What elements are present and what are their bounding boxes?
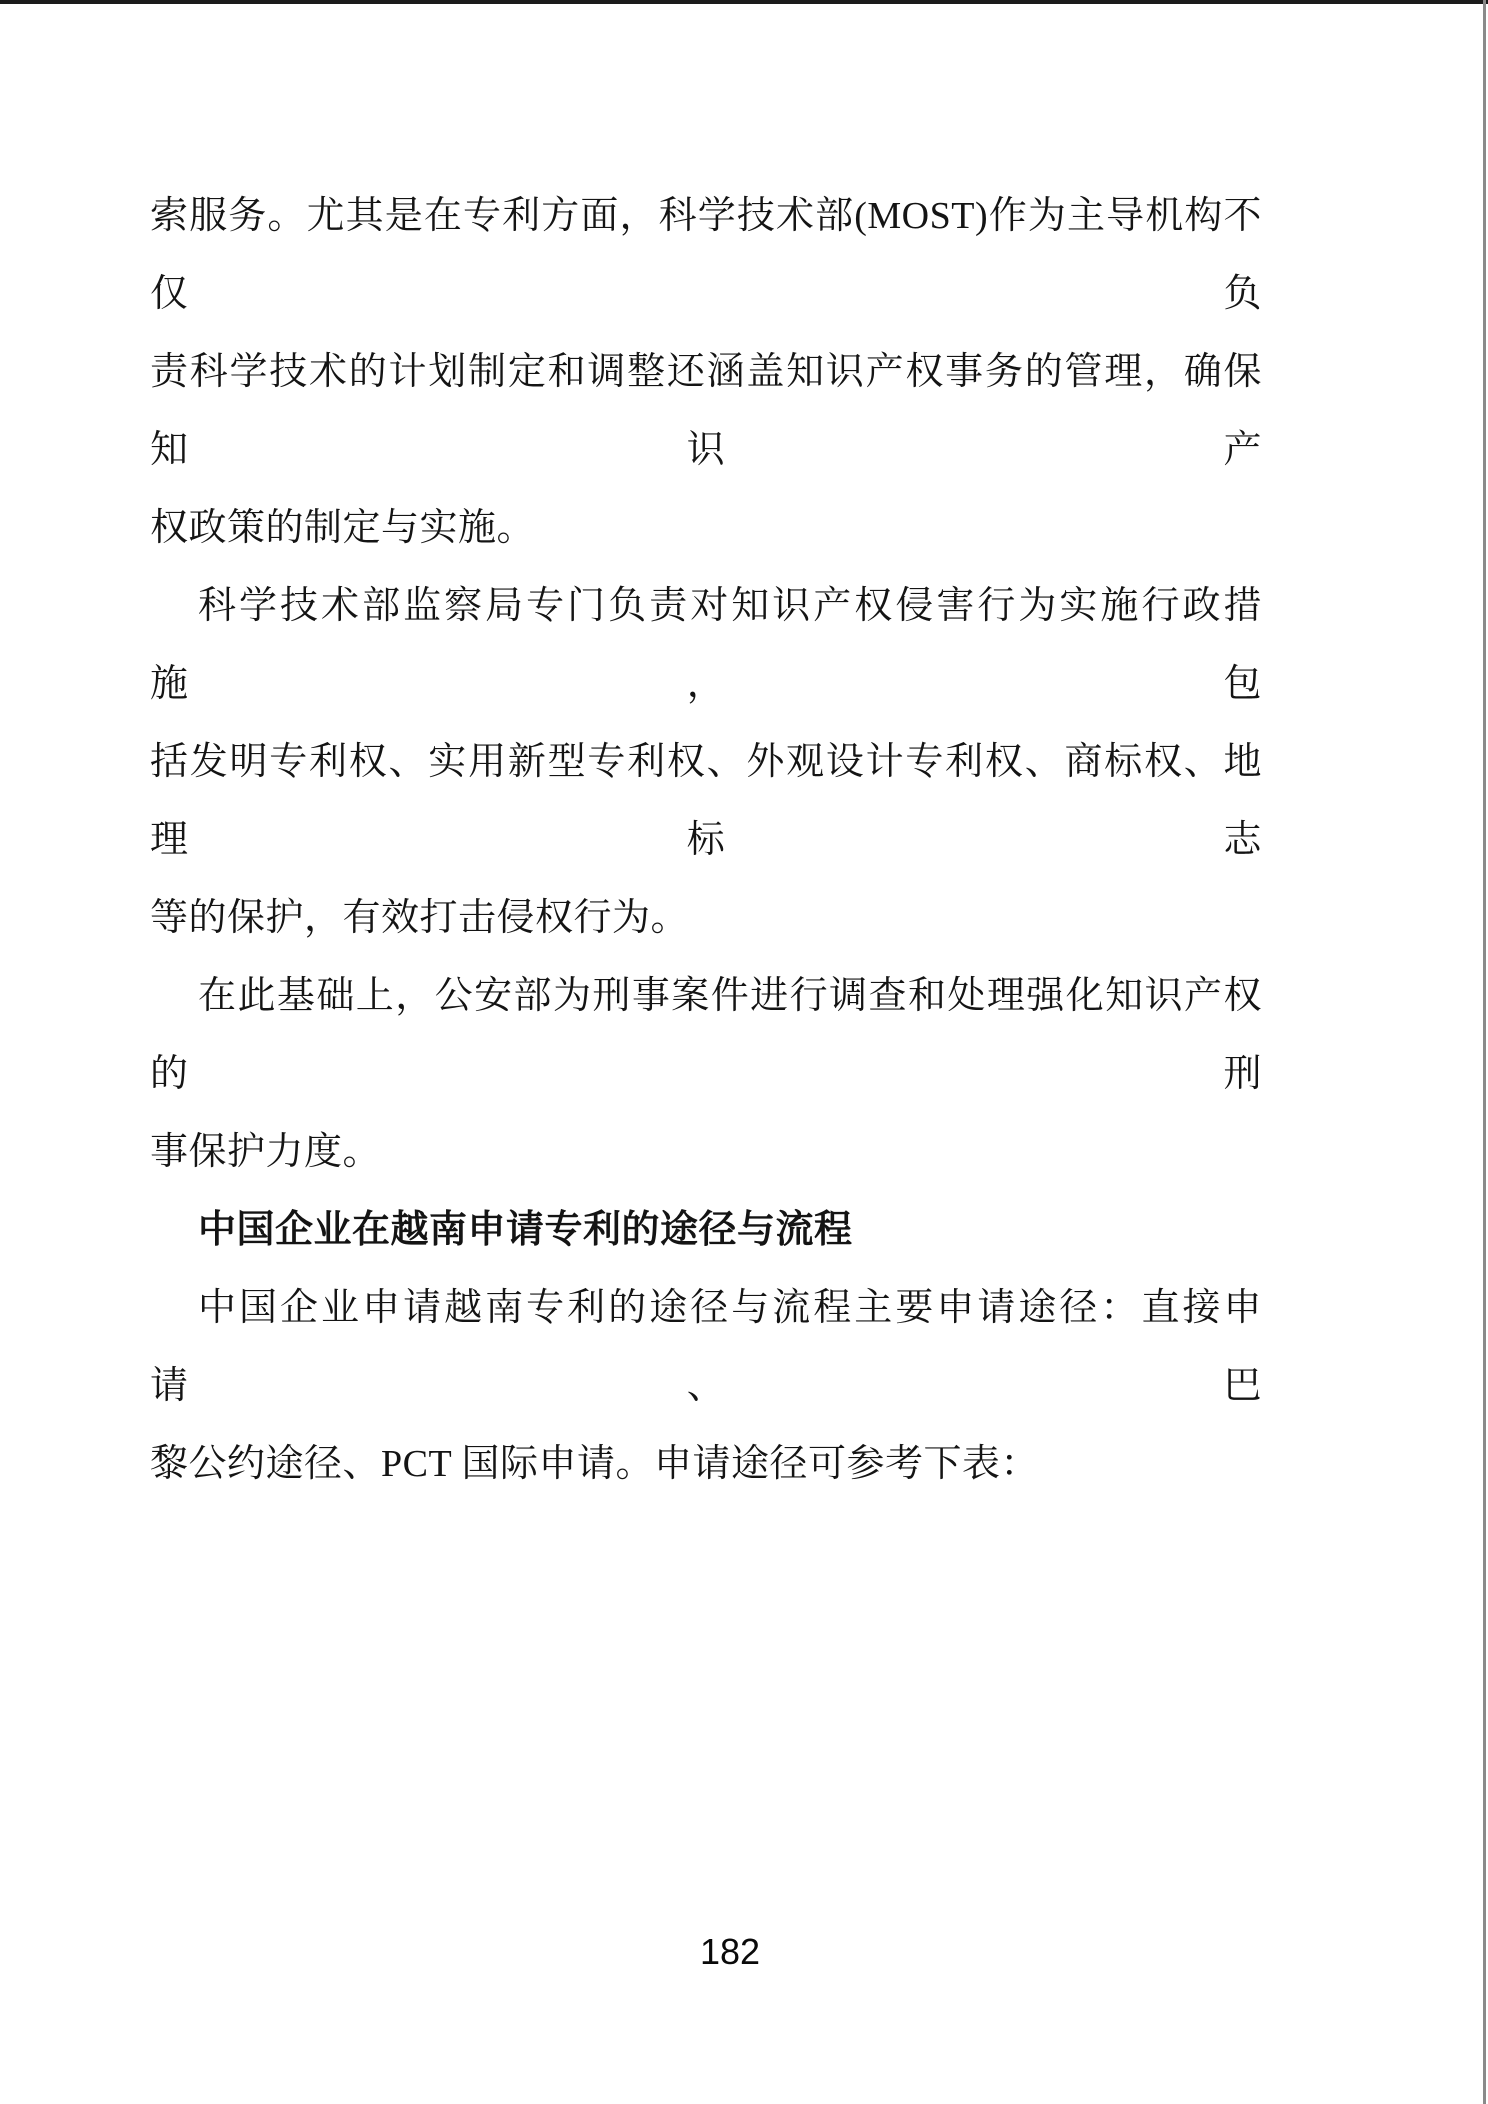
- text-line-11: 黎公约途径、PCT 国际申请。申请途径可参考下表：: [150, 1425, 1262, 1503]
- text-line-10: 中国企业申请越南专利的途径与流程主要申请途径：直接申请、巴: [150, 1269, 1262, 1425]
- text-line-7: 在此基础上，公安部为刑事案件进行调查和处理强化知识产权的刑: [150, 957, 1262, 1113]
- text-line-3: 权政策的制定与实施。: [150, 489, 1262, 567]
- page-right-border: [1483, 0, 1486, 2104]
- page-number: 182: [0, 1932, 1460, 1972]
- document-body: 索服务。尤其是在专利方面，科学技术部(MOST)作为主导机构不仅负 责科学技术的…: [150, 177, 1262, 1503]
- document-page: 索服务。尤其是在专利方面，科学技术部(MOST)作为主导机构不仅负 责科学技术的…: [0, 0, 1488, 2104]
- text-line-8: 事保护力度。: [150, 1113, 1262, 1191]
- text-line-6: 等的保护，有效打击侵权行为。: [150, 879, 1262, 957]
- text-line-5: 括发明专利权、实用新型专利权、外观设计专利权、商标权、地理标志: [150, 723, 1262, 879]
- text-line-1: 索服务。尤其是在专利方面，科学技术部(MOST)作为主导机构不仅负: [150, 177, 1262, 333]
- section-heading: 中国企业在越南申请专利的途径与流程: [150, 1191, 1262, 1269]
- text-line-4: 科学技术部监察局专门负责对知识产权侵害行为实施行政措施，包: [150, 567, 1262, 723]
- text-line-2: 责科学技术的计划制定和调整还涵盖知识产权事务的管理，确保知识产: [150, 333, 1262, 489]
- page-top-border: [0, 0, 1488, 4]
